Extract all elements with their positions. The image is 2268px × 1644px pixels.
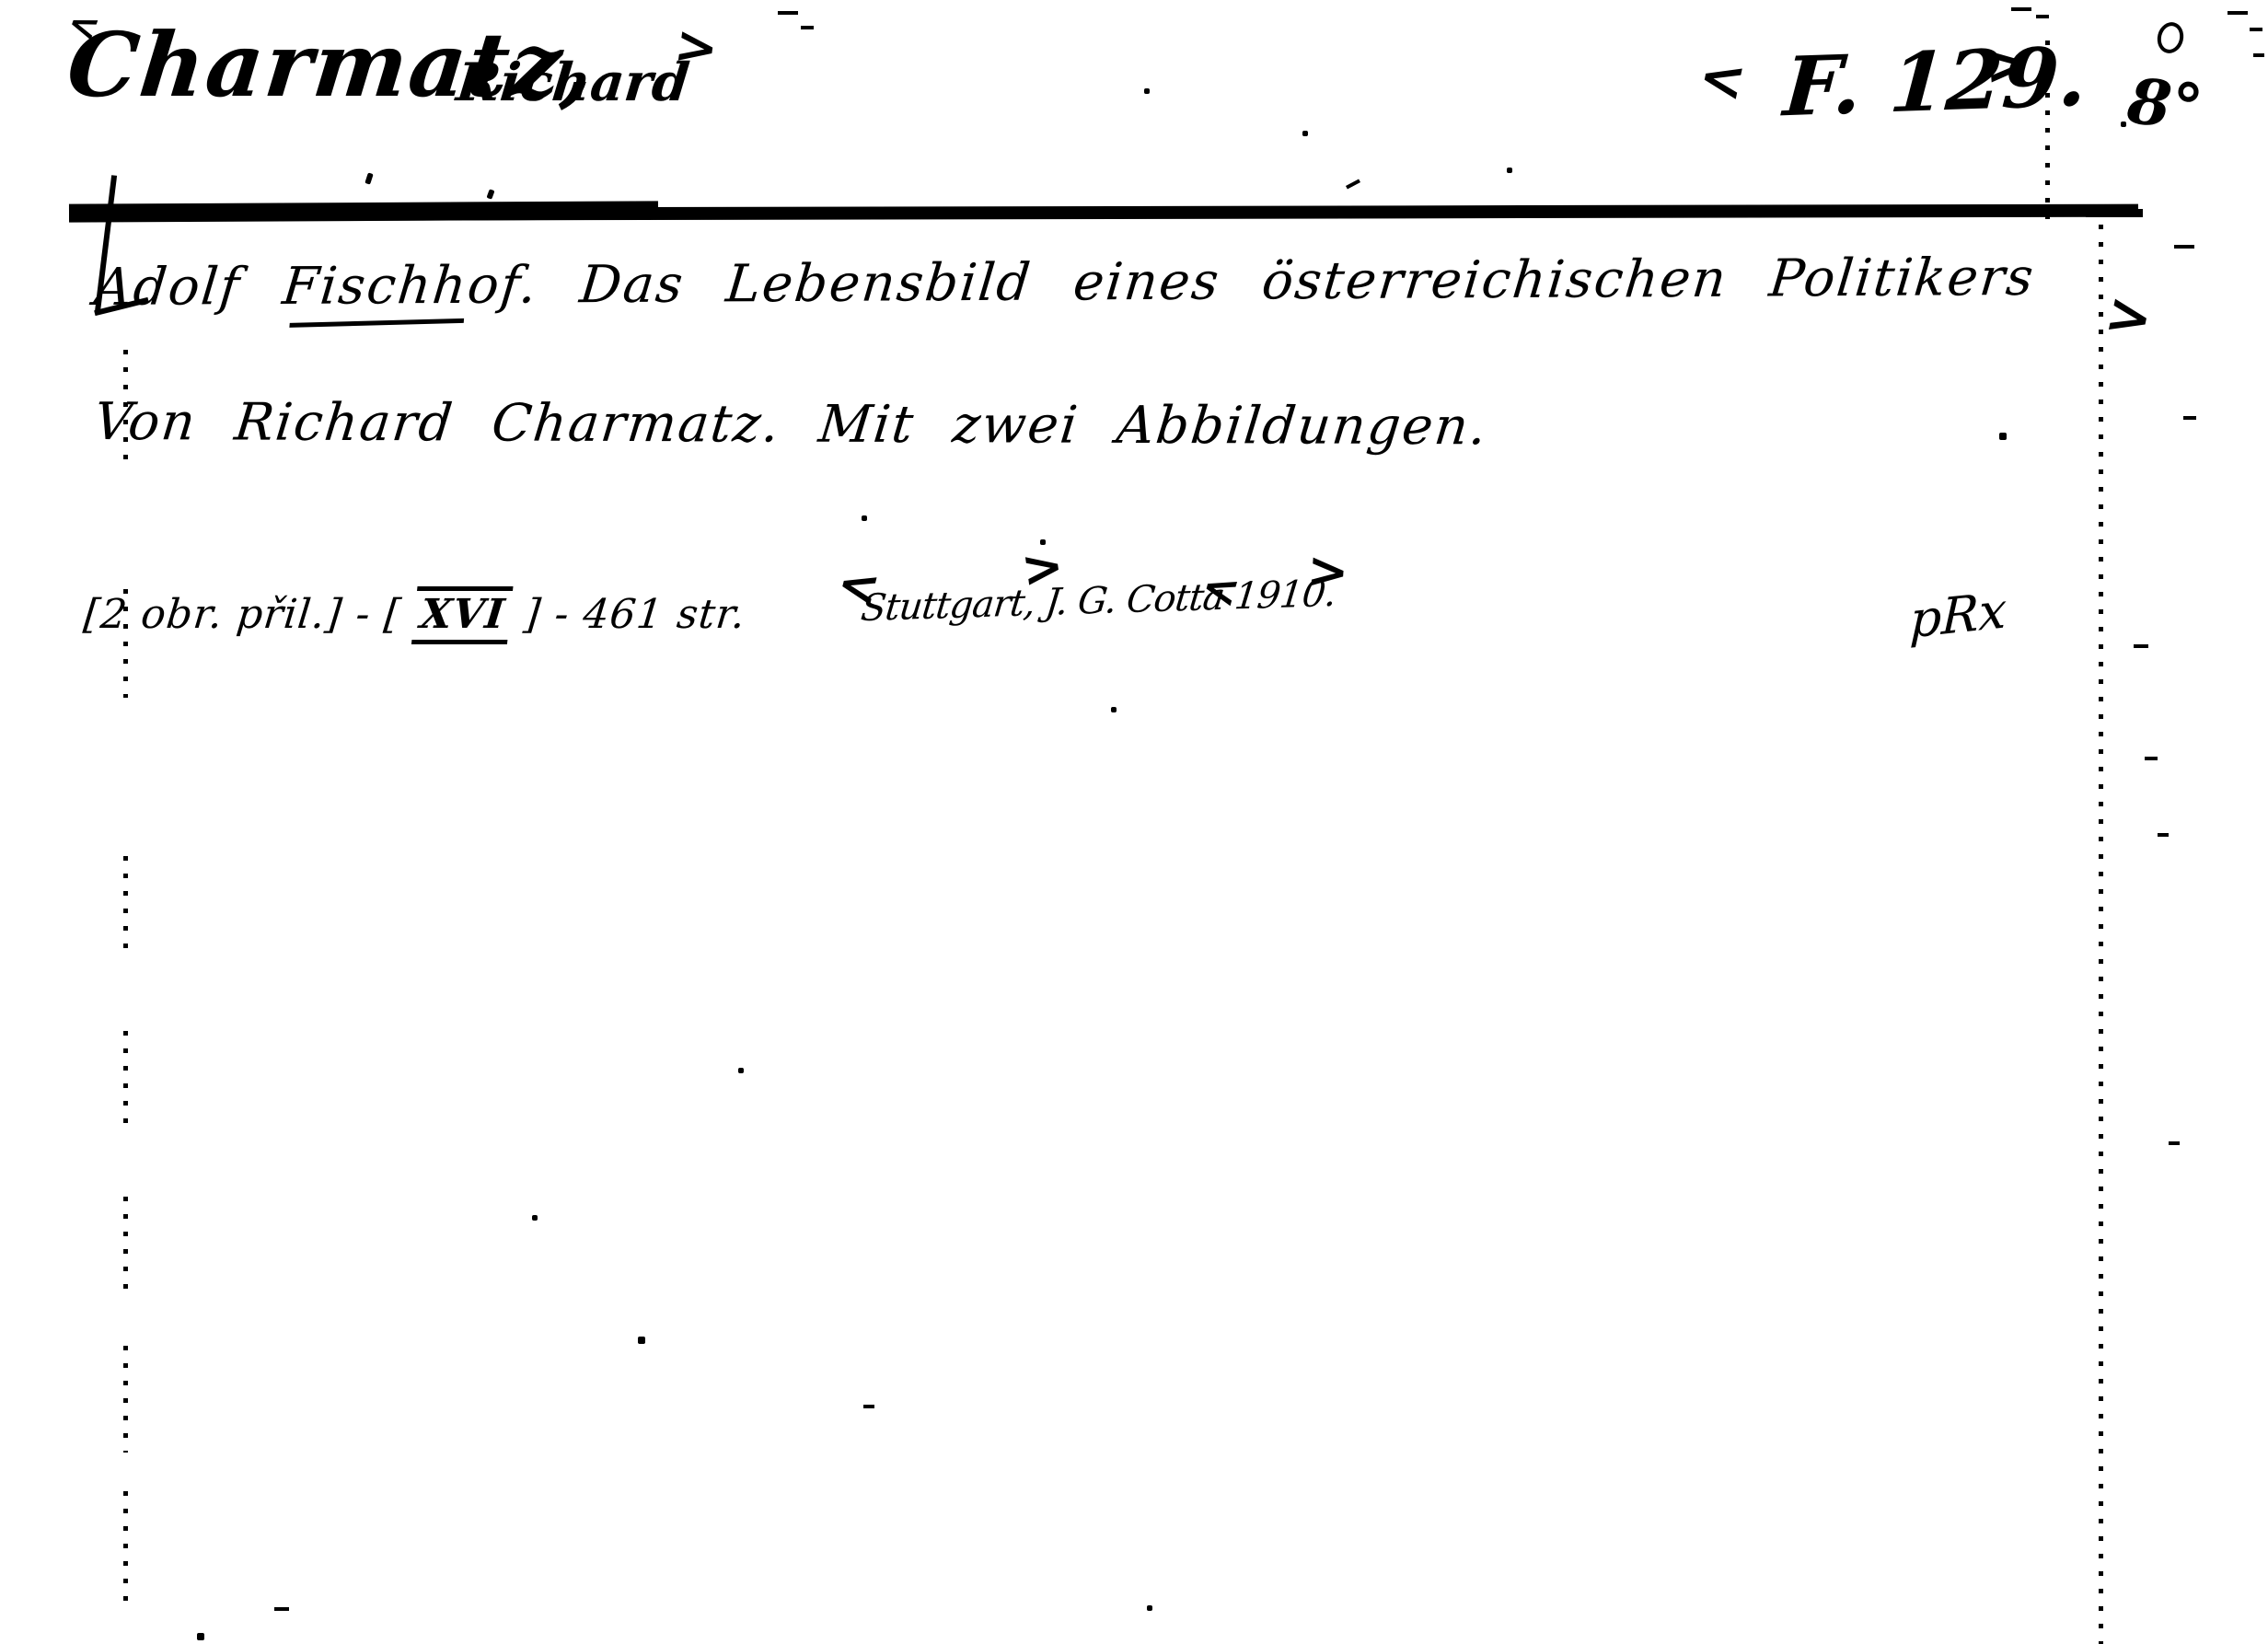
catalog-card: Charmatz, Richard F. 129. 8° < > < > > <… bbox=[0, 0, 2268, 1644]
format-statement: 8° bbox=[2124, 64, 2206, 145]
ink-speck bbox=[2250, 28, 2262, 31]
ink-speck bbox=[1144, 88, 1150, 94]
ink-speck bbox=[2121, 122, 2126, 127]
ink-speck bbox=[364, 172, 373, 184]
collation-before: [2 obr. přil.] - [ bbox=[82, 591, 418, 638]
caret-mark-before-shelfmark: < bbox=[1694, 47, 1751, 110]
shelfmark: F. 129. bbox=[1781, 29, 2090, 135]
title-underlined-name: Fischhof. bbox=[280, 255, 541, 316]
caret-mark-after-given-name: > bbox=[671, 19, 721, 76]
title-before: Adolf bbox=[92, 257, 286, 318]
right-dotted-rule bbox=[2099, 225, 2103, 1644]
ink-speck bbox=[532, 1215, 538, 1221]
ink-speck bbox=[863, 1405, 874, 1408]
ink-speck bbox=[486, 189, 494, 199]
ink-speck bbox=[801, 26, 814, 29]
ink-speck bbox=[1111, 707, 1117, 712]
ink-speck bbox=[1302, 131, 1308, 136]
title-after: Das Lebensbild eines österreichischen Po… bbox=[535, 248, 2037, 316]
left-dotted-margin-segment bbox=[123, 856, 128, 957]
ink-speck bbox=[2183, 416, 2196, 420]
ink-speck bbox=[2134, 644, 2148, 648]
ink-speck bbox=[2158, 833, 2169, 837]
left-dotted-margin-segment bbox=[123, 350, 128, 460]
ink-speck bbox=[2145, 757, 2158, 760]
author-given-name: Richard bbox=[454, 52, 692, 113]
ink-speck bbox=[197, 1633, 204, 1640]
right-dotted-rule-top bbox=[2045, 41, 2050, 219]
ink-speck bbox=[862, 515, 867, 521]
ink-speck bbox=[1507, 168, 1512, 173]
header-rule-thick-left bbox=[69, 201, 658, 222]
ink-speck bbox=[2036, 15, 2049, 18]
ink-speck bbox=[738, 1068, 744, 1073]
collation-after: ] - 461 str. bbox=[508, 591, 748, 638]
left-dotted-margin-segment bbox=[123, 1491, 128, 1602]
statement-of-responsibility: Von Richard Charmatz. Mit zwei Abbildung… bbox=[91, 392, 1491, 457]
imprint-line: Stuttgart, J. G. Cotta 1910. bbox=[859, 573, 1337, 630]
ink-speck bbox=[1147, 1605, 1152, 1611]
ink-speck bbox=[2174, 245, 2194, 249]
left-dotted-margin-segment bbox=[123, 1346, 128, 1453]
left-dotted-margin-segment bbox=[123, 1031, 128, 1123]
annotation-prx: pRx bbox=[1909, 581, 2008, 650]
title-line: Adolf Fischhof. Das Lebensbild eines öst… bbox=[92, 248, 2038, 318]
caret-mark-after-title: > bbox=[2100, 284, 2158, 348]
ink-speck bbox=[778, 11, 798, 15]
left-dotted-margin-segment bbox=[123, 589, 128, 698]
collation-line: [2 obr. přil.] - [ XVI ] - 461 str. bbox=[82, 591, 748, 638]
ink-speck bbox=[1346, 179, 1360, 189]
left-dotted-margin-segment bbox=[123, 1197, 128, 1298]
ink-speck bbox=[1040, 539, 1046, 545]
header-rule-right-tail bbox=[2086, 209, 2143, 217]
ink-speck bbox=[638, 1337, 645, 1344]
ink-speck bbox=[274, 1607, 289, 1611]
ink-speck bbox=[2011, 7, 2031, 11]
collation-roman-numeral: XVI bbox=[411, 586, 513, 644]
caret-mark-after-shelfmark: > bbox=[1983, 35, 2032, 93]
ink-speck bbox=[1999, 433, 2007, 440]
ink-speck bbox=[2253, 53, 2264, 57]
stray-o-mark bbox=[2154, 19, 2186, 56]
ink-speck bbox=[2169, 1141, 2180, 1145]
ink-speck bbox=[2227, 11, 2248, 15]
